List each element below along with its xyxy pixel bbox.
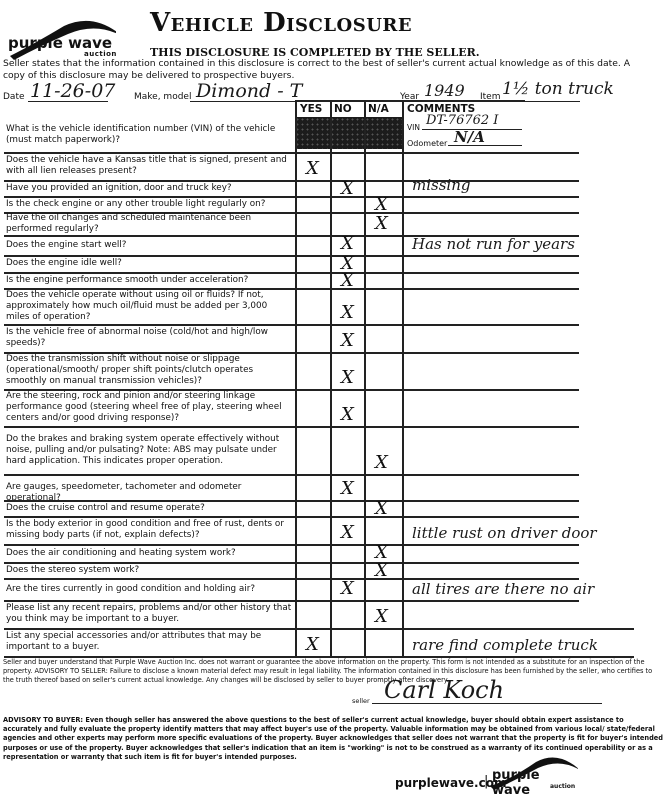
comment-field[interactable]: Has not run for years xyxy=(412,235,575,253)
check-mark-x: X xyxy=(341,480,354,498)
answer-cell-no[interactable] xyxy=(331,212,365,235)
comment-text: rare find complete truck xyxy=(412,636,598,654)
year-value: 1949 xyxy=(424,81,465,100)
vin-label: VIN xyxy=(407,123,420,132)
question-text: Have the oil changes and scheduled maint… xyxy=(6,213,292,235)
answer-cell-no[interactable] xyxy=(331,600,365,628)
question-text: Is the check engine or any other trouble… xyxy=(6,199,292,210)
question-text: Please list any recent repairs, problems… xyxy=(6,603,292,625)
question-text: Does the air conditioning and heating sy… xyxy=(6,548,292,559)
question-text: Have you provided an ignition, door and … xyxy=(6,183,292,194)
make-model-value: Dimond - T xyxy=(196,80,302,102)
answer-cell-yes[interactable] xyxy=(296,578,330,600)
answer-cell-yes[interactable]: X xyxy=(296,628,330,656)
question-text: List any special accessories and/or attr… xyxy=(6,631,292,653)
question-text: Do the brakes and braking system operate… xyxy=(6,434,292,467)
seller-signature-field[interactable]: Carl Koch xyxy=(372,680,602,704)
seller-label: seller xyxy=(352,697,370,705)
answer-cell-yes[interactable] xyxy=(296,255,330,272)
check-mark-x: X xyxy=(375,608,388,626)
row-divider xyxy=(4,600,579,602)
answer-cell-no[interactable]: X xyxy=(331,235,365,255)
check-mark-x: X xyxy=(341,580,354,598)
answer-cell-na[interactable]: X xyxy=(365,500,399,516)
answer-cell-yes[interactable] xyxy=(296,600,330,628)
answer-cell-na[interactable] xyxy=(365,255,399,272)
answer-cell-na[interactable]: X xyxy=(365,212,399,235)
col-yes-header: YES xyxy=(300,103,322,115)
date-label: Date xyxy=(3,92,25,102)
answer-cell-no[interactable] xyxy=(331,196,365,212)
answer-cell-na[interactable]: X xyxy=(365,426,399,474)
answer-cell-na[interactable] xyxy=(365,474,399,500)
answer-cell-no[interactable] xyxy=(331,152,365,180)
answer-cell-yes[interactable] xyxy=(296,288,330,324)
comment-text: all tires are there no air xyxy=(412,580,594,598)
question-text: Does the vehicle operate without using o… xyxy=(6,290,292,323)
answer-cell-no[interactable]: X xyxy=(331,578,365,600)
question-text: Is the engine performance smooth under a… xyxy=(6,275,292,286)
answer-cell-yes[interactable] xyxy=(296,474,330,500)
answer-cell-no[interactable]: X xyxy=(331,352,365,389)
comment-field[interactable]: rare find complete truck xyxy=(412,636,598,654)
answer-cell-na[interactable]: X xyxy=(365,196,399,212)
check-mark-x: X xyxy=(341,304,354,322)
answer-cell-na[interactable] xyxy=(365,352,399,389)
answer-cell-no[interactable] xyxy=(331,500,365,516)
answer-cell-yes[interactable]: X xyxy=(296,152,330,180)
answer-cell-no[interactable]: X xyxy=(331,180,365,196)
question-text: Does the stereo system work? xyxy=(6,565,292,576)
answer-cell-na[interactable] xyxy=(365,578,399,600)
row-divider xyxy=(4,474,579,476)
answer-cell-no[interactable]: X xyxy=(331,389,365,426)
odometer-value: N/A xyxy=(454,128,485,146)
answer-cell-yes[interactable] xyxy=(296,196,330,212)
row-divider xyxy=(4,500,579,502)
answer-cell-yes[interactable] xyxy=(296,389,330,426)
date-value: 11-26-07 xyxy=(30,80,115,102)
question-text: Is the vehicle free of abnormal noise (c… xyxy=(6,327,292,349)
answer-cell-na[interactable] xyxy=(365,516,399,544)
footer-logo-subtext: auction xyxy=(550,783,575,790)
comment-field[interactable]: missing xyxy=(412,176,470,194)
seller-signature: Carl Koch xyxy=(384,676,504,704)
logo-subtext: auction xyxy=(84,50,117,58)
row-divider xyxy=(4,544,579,546)
make-label: Make, model xyxy=(134,92,191,102)
question-text: Does the cruise control and resume opera… xyxy=(6,503,292,514)
table-header-line xyxy=(295,100,525,102)
answer-cell-yes[interactable] xyxy=(296,352,330,389)
answer-cell-yes[interactable] xyxy=(296,235,330,255)
question-text: Does the engine start well? xyxy=(6,240,292,251)
answer-cell-yes[interactable] xyxy=(296,500,330,516)
answer-cell-na[interactable] xyxy=(365,324,399,352)
answer-cell-yes[interactable] xyxy=(296,212,330,235)
answer-cell-na[interactable] xyxy=(365,152,399,180)
check-mark-x: X xyxy=(341,406,354,424)
check-mark-x: X xyxy=(306,160,319,178)
check-mark-x: X xyxy=(341,369,354,387)
comment-text: Has not run for years xyxy=(412,235,575,253)
answer-cell-na[interactable] xyxy=(365,628,399,656)
answer-cell-na[interactable] xyxy=(365,288,399,324)
answer-cell-yes[interactable] xyxy=(296,324,330,352)
answer-cell-no[interactable] xyxy=(331,628,365,656)
check-mark-x: X xyxy=(341,524,354,542)
answer-cell-yes[interactable] xyxy=(296,272,330,288)
row-divider xyxy=(4,272,579,274)
item-value: 1½ ton truck xyxy=(502,79,614,99)
row-divider xyxy=(4,426,579,428)
page-title: Vehicle Disclosure xyxy=(150,8,412,38)
answer-cell-na[interactable]: X xyxy=(365,600,399,628)
row-divider xyxy=(4,255,579,257)
check-mark-x: X xyxy=(341,332,354,350)
row-divider xyxy=(4,516,579,518)
table-column-divider xyxy=(402,100,404,656)
answer-cell-no[interactable]: X xyxy=(331,516,365,544)
check-mark-x: X xyxy=(341,235,354,253)
question-text: Are the steering, rock and pinion and/or… xyxy=(6,391,292,424)
answer-cell-no[interactable] xyxy=(331,426,365,474)
answer-cell-yes[interactable] xyxy=(296,544,330,562)
answer-cell-no[interactable]: X xyxy=(331,474,365,500)
answer-cell-yes[interactable] xyxy=(296,426,330,474)
answer-cell-no[interactable]: X xyxy=(331,272,365,288)
row-divider xyxy=(4,180,579,182)
question-text: Is the body exterior in good condition a… xyxy=(6,519,292,541)
purple-wave-logo: purple wave auction xyxy=(4,14,116,62)
odometer-label: Odometer xyxy=(407,139,447,148)
answer-cell-yes[interactable] xyxy=(296,562,330,578)
footer-logo: purple wave auction xyxy=(488,752,578,792)
vin-row-blackout xyxy=(295,117,403,149)
answer-cell-no[interactable]: X xyxy=(331,324,365,352)
odometer-field[interactable]: N/A xyxy=(448,132,522,146)
answer-cell-no[interactable] xyxy=(331,544,365,562)
question-text: Does the transmission shift without nois… xyxy=(6,354,292,387)
row-divider xyxy=(4,324,579,326)
row-divider xyxy=(4,562,579,564)
comment-field[interactable]: all tires are there no air xyxy=(412,580,594,598)
question-text: Are the tires currently in good conditio… xyxy=(6,584,292,595)
comment-text: little rust on driver door xyxy=(412,524,597,542)
date-field[interactable]: 11-26-07 xyxy=(28,86,108,102)
question-text: Does the vehicle have a Kansas title tha… xyxy=(6,155,292,177)
col-na-header: N/A xyxy=(368,103,389,115)
row-divider xyxy=(4,196,579,198)
question-text: Does the engine idle well? xyxy=(6,258,292,269)
answer-cell-no[interactable] xyxy=(331,562,365,578)
answer-cell-no[interactable]: X xyxy=(331,288,365,324)
answer-cell-yes[interactable] xyxy=(296,516,330,544)
question-text: What is the vehicle identification numbe… xyxy=(6,124,292,146)
vin-value: DT-76762 I xyxy=(426,113,498,128)
check-mark-x: X xyxy=(306,636,319,654)
answer-cell-yes[interactable] xyxy=(296,180,330,196)
answer-cell-na[interactable]: X xyxy=(365,562,399,578)
answer-cell-na[interactable] xyxy=(365,235,399,255)
col-no-header: NO xyxy=(334,103,352,115)
comment-text: missing xyxy=(412,176,470,194)
row-divider xyxy=(4,152,579,154)
answer-cell-na[interactable] xyxy=(365,389,399,426)
check-mark-x: X xyxy=(375,454,388,472)
comment-field[interactable]: little rust on driver door xyxy=(412,524,597,542)
check-mark-x: X xyxy=(375,215,388,233)
answer-cell-na[interactable] xyxy=(365,272,399,288)
